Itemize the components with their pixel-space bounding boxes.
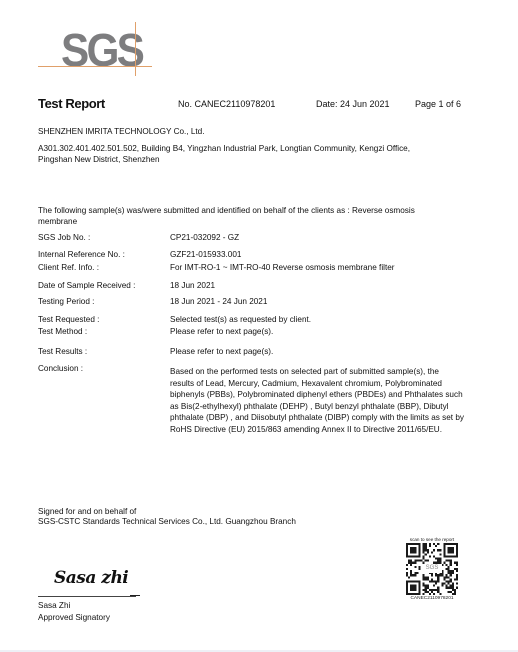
- sgs-logo-text: SGS: [61, 24, 142, 76]
- intro-line2: membrane: [38, 216, 77, 227]
- conclusion-line: Based on the performed tests on selected…: [170, 366, 490, 378]
- conclusion-line: phthalate (DBP) , and Diisobutyl phthala…: [170, 412, 490, 424]
- signature-line: [38, 596, 136, 597]
- report-date: Date: 24 Jun 2021: [316, 99, 390, 109]
- client-address-line2: Pingshan New District, Shenzhen: [38, 154, 160, 165]
- field-value-testing-period: 18 Jun 2021 - 24 Jun 2021: [170, 297, 267, 306]
- qr-code-block: scan to see the report SGS CANEC21109782…: [400, 537, 464, 601]
- field-value-client-ref: For IMT-RO-1 ~ IMT-RO-40 Reverse osmosis…: [170, 263, 395, 272]
- field-label-test-method: Test Method :: [38, 327, 87, 336]
- conclusion-text: Based on the performed tests on selected…: [170, 366, 490, 436]
- signature-dash: [130, 595, 140, 596]
- field-value-test-requested: Selected test(s) as requested by client.: [170, 315, 311, 324]
- conclusion-line: results of Lead, Mercury, Cadmium, Hexav…: [170, 378, 490, 390]
- logo-vertical-rule: [135, 22, 136, 76]
- qr-code[interactable]: SGS: [406, 543, 458, 595]
- qr-caption: scan to see the report: [400, 537, 464, 542]
- field-value-internal-ref: GZF21-015933.001: [170, 250, 241, 259]
- handwritten-signature: Sasa zhi: [54, 568, 128, 588]
- client-address-line1: A301.302.401.402.501.502, Building B4, Y…: [38, 143, 410, 154]
- field-value-date-received: 18 Jun 2021: [170, 281, 215, 290]
- qr-report-id: CANEC2110978201: [400, 596, 464, 601]
- field-label-internal-ref: Internal Reference No. :: [38, 250, 125, 259]
- field-value-test-method: Please refer to next page(s).: [170, 327, 273, 336]
- conclusion-line: as Bis(2-ethylhexyl) phthalate (DEHP) , …: [170, 401, 490, 413]
- page-indicator: Page 1 of 6: [415, 99, 461, 109]
- field-label-client-ref: Client Ref. Info. :: [38, 263, 99, 272]
- field-label-sgs-job-no: SGS Job No. :: [38, 233, 90, 242]
- field-label-conclusion: Conclusion :: [38, 364, 83, 373]
- field-label-testing-period: Testing Period :: [38, 297, 94, 306]
- qr-center-logo: SGS: [422, 564, 442, 573]
- intro-line1: The following sample(s) was/were submitt…: [38, 205, 415, 216]
- sgs-logo: SGS: [38, 22, 152, 80]
- report-number: No. CANEC2110978201: [178, 99, 275, 109]
- field-label-test-results: Test Results :: [38, 347, 87, 356]
- field-value-test-results: Please refer to next page(s).: [170, 347, 273, 356]
- signatory-name: Sasa Zhi: [38, 600, 70, 611]
- report-title: Test Report: [38, 96, 105, 111]
- signing-company: SGS-CSTC Standards Technical Services Co…: [38, 516, 296, 527]
- conclusion-line: biphenyls (PBBs), Polybrominated dipheny…: [170, 389, 490, 401]
- conclusion-line: RoHS Directive (EU) 2015/863 amending An…: [170, 424, 490, 436]
- field-label-test-requested: Test Requested :: [38, 315, 99, 324]
- signatory-role: Approved Signatory: [38, 612, 110, 623]
- field-value-sgs-job-no: CP21-032092 - GZ: [170, 233, 239, 242]
- client-name: SHENZHEN IMRITA TECHNOLOGY Co., Ltd.: [38, 126, 205, 137]
- field-label-date-received: Date of Sample Received :: [38, 281, 135, 290]
